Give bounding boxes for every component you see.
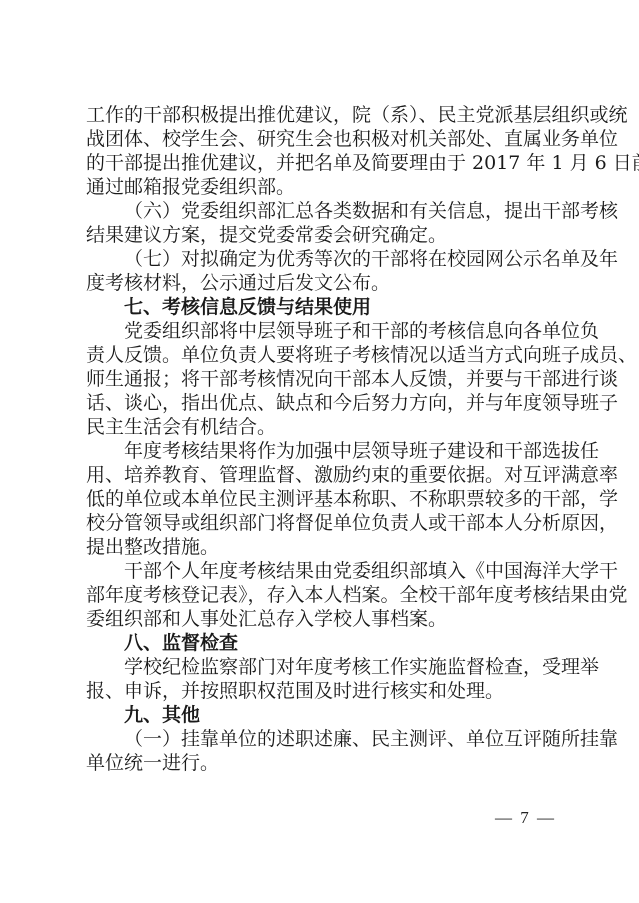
document-body: 工作的干部积极提出推优建议，院（系）、民主党派基层组织或统战团体、校学生会、研究…: [86, 103, 556, 775]
text-line: 工作的干部积极提出推优建议，院（系）、民主党派基层组织或统: [86, 103, 556, 127]
text-line: 通过邮箱报党委组织部。: [86, 175, 556, 199]
text-line: 民主生活会有机结合。: [86, 415, 556, 439]
section-heading: 七、考核信息反馈与结果使用: [86, 295, 556, 319]
text-line: 度考核材料，公示通过后发文公布。: [86, 271, 556, 295]
text-line: 低的单位或本单位民主测评基本称职、不称职票较多的干部，学: [86, 487, 556, 511]
text-line: 提出整改措施。: [86, 535, 556, 559]
text-line: 单位统一进行。: [86, 751, 556, 775]
text-line: 部年度考核登记表》，存入本人档案。全校干部年度考核结果由党: [86, 583, 556, 607]
page-number: — 7 —: [495, 808, 556, 828]
text-line: 用、培养教育、管理监督、激励约束的重要依据。对互评满意率: [86, 463, 556, 487]
text-line: 学校纪检监察部门对年度考核工作实施监督检查，受理举: [86, 655, 556, 679]
text-line: 委组织部和人事处汇总存入学校人事档案。: [86, 607, 556, 631]
text-line: 结果建议方案，提交党委常委会研究确定。: [86, 223, 556, 247]
text-line: 年度考核结果将作为加强中层领导班子建设和干部选拔任: [86, 439, 556, 463]
text-line: （七）对拟确定为优秀等次的干部将在校园网公示名单及年: [86, 247, 556, 271]
text-line: 责人反馈。单位负责人要将班子考核情况以适当方式向班子成员、: [86, 343, 556, 367]
section-heading: 八、监督检查: [86, 631, 556, 655]
text-line: 校分管领导或组织部门将督促单位负责人或干部本人分析原因，: [86, 511, 556, 535]
text-line: 战团体、校学生会、研究生会也积极对机关部处、直属业务单位: [86, 127, 556, 151]
text-line: 的干部提出推优建议，并把名单及简要理由于 2017 年 1 月 6 日前: [86, 151, 556, 175]
text-line: 话、谈心，指出优点、缺点和今后努力方向，并与年度领导班子: [86, 391, 556, 415]
text-line: 干部个人年度考核结果由党委组织部填入《中国海洋大学干: [86, 559, 556, 583]
text-line: 党委组织部将中层领导班子和干部的考核信息向各单位负: [86, 319, 556, 343]
text-line: （一）挂靠单位的述职述廉、民主测评、单位互评随所挂靠: [86, 727, 556, 751]
text-line: 报、申诉，并按照职权范围及时进行核实和处理。: [86, 679, 556, 703]
text-line: 师生通报；将干部考核情况向干部本人反馈，并要与干部进行谈: [86, 367, 556, 391]
text-line: （六）党委组织部汇总各类数据和有关信息，提出干部考核: [86, 199, 556, 223]
section-heading: 九、其他: [86, 703, 556, 727]
